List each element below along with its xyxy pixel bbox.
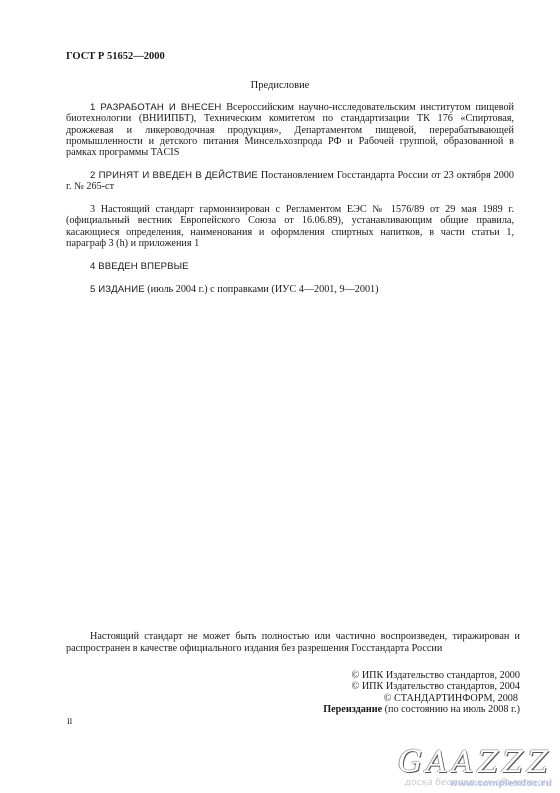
paragraph-4: 4 ВВЕДЕН ВПЕРВЫЕ <box>66 261 514 272</box>
reproduction-notice: Настоящий стандарт не может быть полност… <box>66 631 520 654</box>
reissue-label: Переиздание <box>323 704 382 715</box>
watermark-url[interactable]: www.complexdoc.ru <box>450 779 552 789</box>
paragraph-3: 3 Настоящий стандарт гармонизирован с Ре… <box>66 204 514 249</box>
reissue-text: (по состоянию на июль 2008 г.) <box>382 704 520 715</box>
watermark-logo: GAAZZZ <box>352 745 552 780</box>
paragraph-2: 2 ПРИНЯТ И ВВЕДЕН В ДЕЙСТВИЕ Постановлен… <box>66 170 514 193</box>
paragraph-5-heading: 5 ИЗДАНИЕ <box>90 284 145 295</box>
paragraph-1-heading: 1 РАЗРАБОТАН И ВНЕСЕН <box>90 102 221 113</box>
paragraph-3-text: 3 Настоящий стандарт гармонизирован с Ре… <box>66 204 514 249</box>
paragraph-2-heading: 2 ПРИНЯТ И ВВЕДЕН В ДЕЙСТВИЕ <box>90 170 258 181</box>
preface-title: Предисловие <box>0 80 560 91</box>
copyright-line: © ИПК Издательство стандартов, 2000 <box>323 670 520 681</box>
paragraph-4-heading: 4 ВВЕДЕН ВПЕРВЫЕ <box>90 261 189 272</box>
paragraph-5-text: (июль 2004 г.) с поправками (ИУС 4—2001,… <box>145 284 379 295</box>
copyright-line: © СТАНДАРТИНФОРМ, 2008 <box>323 693 520 704</box>
document-code: ГОСТ Р 51652—2000 <box>66 51 165 62</box>
watermark: GAAZZZ доска бесплатных объявлений www.c… <box>352 745 552 788</box>
copyright-block: © ИПК Издательство стандартов, 2000 © ИП… <box>323 670 520 715</box>
paragraph-5: 5 ИЗДАНИЕ (июль 2004 г.) с поправками (И… <box>66 284 514 295</box>
page-number: II <box>67 717 72 726</box>
paragraph-1: 1 РАЗРАБОТАН И ВНЕСЕН Всероссийским науч… <box>66 102 514 158</box>
copyright-line: © ИПК Издательство стандартов, 2004 <box>323 681 520 692</box>
reissue-line: Переиздание (по состоянию на июль 2008 г… <box>323 704 520 715</box>
